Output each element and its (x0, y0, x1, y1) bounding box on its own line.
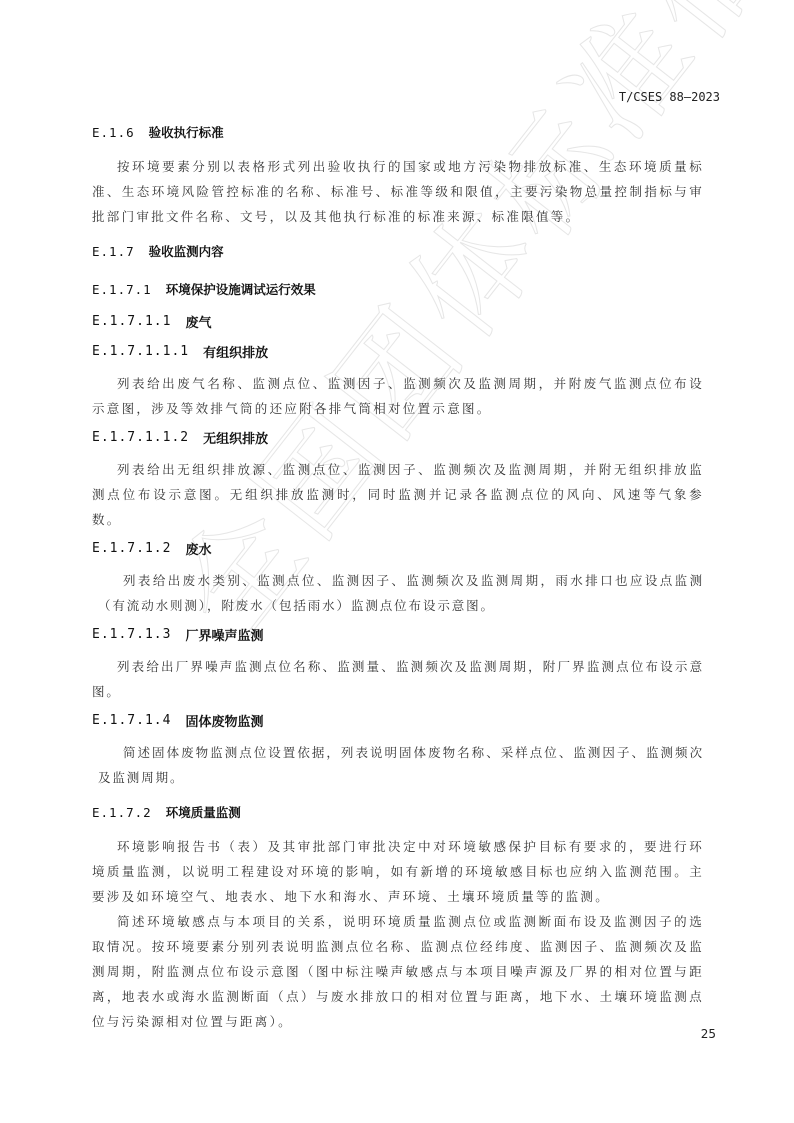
section-title: 厂界噪声监测 (185, 625, 263, 644)
section-number: E.1.7.1.1 (92, 314, 171, 329)
section-title: 废气 (185, 312, 211, 331)
section-heading-e-1-7-1-3: E.1.7.1.3 厂界噪声监测 (92, 622, 704, 646)
section-number: E.1.6 (92, 125, 135, 140)
paragraph: 环境影响报告书（表）及其审批部门审批决定中对环境敏感保护目标有要求的，要进行环境… (92, 834, 704, 909)
section-title: 验收执行标准 (149, 123, 224, 141)
paragraph: 简述环境敏感点与本项目的关系，说明环境质量监测点位或监测断面布设及监测因子的选取… (92, 909, 704, 1034)
section-title: 环境保护设施调试运行效果 (166, 280, 316, 298)
paragraph: 列表给出废气名称、监测点位、监测因子、监测频次及监测周期，并附废气监测点位布设示… (92, 371, 704, 421)
section-heading-e-1-7-1-2: E.1.7.1.2 废水 (92, 536, 704, 560)
section-title: 无组织排放 (203, 428, 268, 447)
section-number: E.1.7.1.3 (92, 627, 171, 642)
document-body: E.1.6 验收执行标准 按环境要素分别以表格形式列出验收执行的国家或地方污染物… (92, 120, 704, 1034)
section-heading-e-1-7-1: E.1.7.1 环境保护设施调试运行效果 (92, 277, 704, 301)
paragraph: 列表给出无组织排放源、监测点位、监测因子、监测频次及监测周期，并附无组织排放监测… (92, 457, 704, 532)
section-number: E.1.7.1.1.2 (92, 430, 189, 445)
page-number: 25 (701, 1027, 716, 1041)
section-title: 验收监测内容 (149, 242, 224, 260)
section-number: E.1.7.1.2 (92, 541, 171, 556)
section-heading-e-1-7-1-1-1: E.1.7.1.1.1 有组织排放 (92, 339, 704, 363)
section-number: E.1.7.1.1.1 (92, 344, 189, 359)
section-number: E.1.7.2 (92, 805, 152, 820)
section-title: 有组织排放 (203, 342, 268, 361)
section-number: E.1.7 (92, 244, 135, 259)
section-title: 废水 (185, 539, 211, 558)
section-heading-e-1-6: E.1.6 验收执行标准 (92, 120, 704, 144)
section-heading-e-1-7-1-1: E.1.7.1.1 废气 (92, 309, 704, 333)
paragraph: 列表给出废水类别、监测点位、监测因子、监测频次及监测周期，雨水排口也应设点监测（… (92, 568, 704, 618)
section-heading-e-1-7-2: E.1.7.2 环境质量监测 (92, 800, 704, 824)
section-heading-e-1-7: E.1.7 验收监测内容 (92, 239, 704, 263)
standard-code: T/CSES 88—2023 (619, 90, 720, 104)
document-page: 全国团体标准信息平台 T/CSES 88—2023 E.1.6 验收执行标准 按… (0, 0, 794, 1123)
section-heading-e-1-7-1-1-2: E.1.7.1.1.2 无组织排放 (92, 425, 704, 449)
paragraph: 简述固体废物监测点位设置依据，列表说明固体废物名称、采样点位、监测因子、监测频次… (92, 740, 704, 790)
paragraph: 按环境要素分别以表格形式列出验收执行的国家或地方污染物排放标准、生态环境质量标准… (92, 154, 704, 229)
section-number: E.1.7.1 (92, 282, 152, 297)
section-title: 环境质量监测 (166, 803, 241, 821)
section-number: E.1.7.1.4 (92, 713, 171, 728)
section-title: 固体废物监测 (185, 711, 263, 730)
section-heading-e-1-7-1-4: E.1.7.1.4 固体废物监测 (92, 708, 704, 732)
paragraph: 列表给出厂界噪声监测点位名称、监测量、监测频次及监测周期，附厂界监测点位布设示意… (92, 654, 704, 704)
